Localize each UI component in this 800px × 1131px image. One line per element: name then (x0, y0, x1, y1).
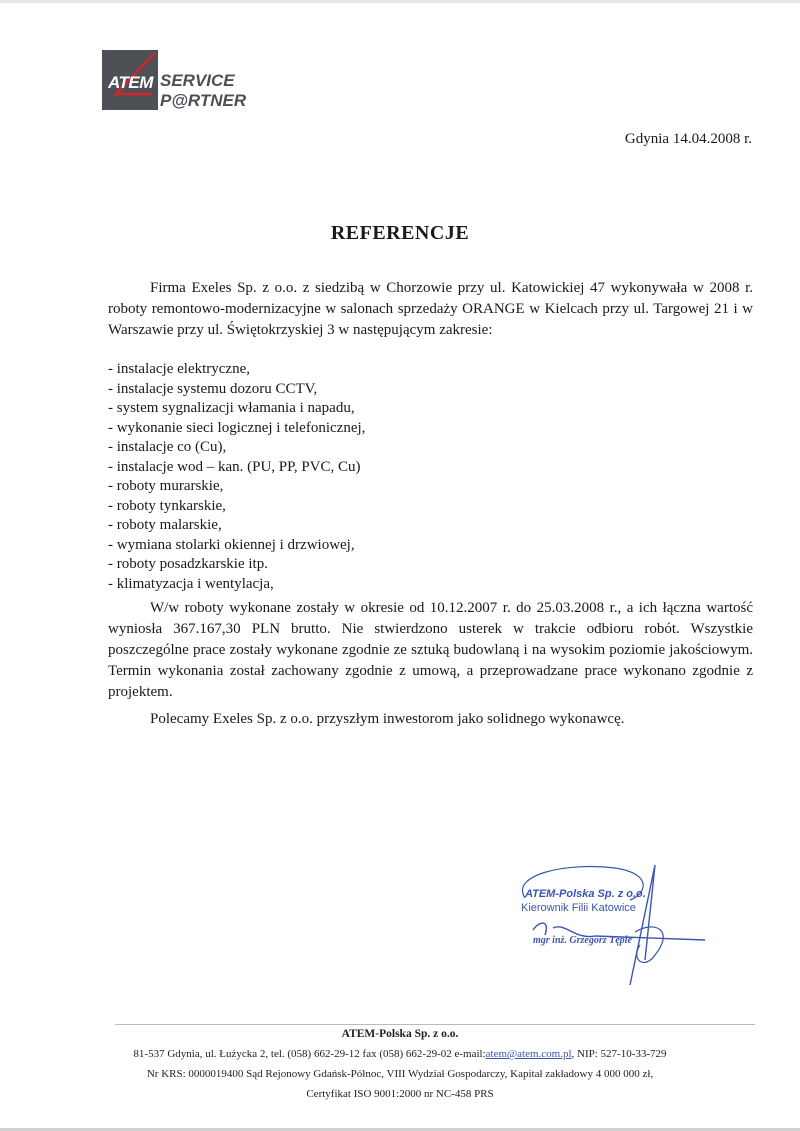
recommendation-paragraph: Polecamy Exeles Sp. z o.o. przyszłym inw… (108, 709, 753, 730)
stamp-company: ATEM-Polska Sp. z o.o. (525, 888, 646, 900)
list-item: - wykonanie sieci logicznej i telefonicz… (108, 419, 365, 439)
footer-email-link[interactable]: atem@atem.com.pl (486, 1048, 572, 1060)
list-item: - instalacje systemu dozoru CCTV, (108, 380, 365, 400)
list-item: - klimatyzacja i wentylacja, (108, 575, 365, 595)
footer-address: 81-537 Gdynia, ul. Łużycka 2, tel. (058)… (0, 1048, 800, 1060)
atem-logo: ATEM SERVICE P@RTNER (102, 50, 272, 115)
scan-edge-top (0, 0, 800, 3)
signature-icon (505, 860, 725, 1000)
footer-address-text: 81-537 Gdynia, ul. Łużycka 2, tel. (058)… (133, 1048, 485, 1060)
intro-paragraph: Firma Exeles Sp. z o.o. z siedzibą w Cho… (108, 278, 753, 341)
footer-cert: Certyfikat ISO 9001:2000 nr NC-458 PRS (0, 1088, 800, 1100)
logo-service: SERVICE (160, 71, 235, 91)
footer-nip: , NIP: 527-10-33-729 (572, 1048, 667, 1060)
scope-list: - instalacje elektryczne, - instalacje s… (108, 360, 365, 594)
list-item: - instalacje elektryczne, (108, 360, 365, 380)
document-date: Gdynia 14.04.2008 r. (625, 131, 752, 148)
list-item: - roboty malarskie, (108, 516, 365, 536)
footer-company: ATEM-Polska Sp. z o.o. (0, 1028, 800, 1040)
list-item: - roboty murarskie, (108, 477, 365, 497)
document-title: REFERENCJE (0, 222, 800, 245)
list-item: - system sygnalizacji włamania i napadu, (108, 399, 365, 419)
footer-divider (115, 1024, 755, 1025)
list-item: - instalacje wod – kan. (PU, PP, PVC, Cu… (108, 458, 365, 478)
summary-paragraph: W/w roboty wykonane zostały w okresie od… (108, 598, 753, 703)
list-item: - roboty tynkarskie, (108, 497, 365, 517)
signature-stamp: ATEM-Polska Sp. z o.o. Kierownik Filii K… (505, 860, 725, 1000)
logo-partner: P@RTNER (160, 91, 246, 111)
list-item: - roboty posadzkarskie itp. (108, 555, 365, 575)
stamp-position: Kierownik Filii Katowice (521, 902, 636, 914)
logo-atem: ATEM (108, 73, 153, 93)
footer-krs: Nr KRS: 0000019400 Sąd Rejonowy Gdańsk-P… (0, 1068, 800, 1080)
list-item: - instalacje co (Cu), (108, 438, 365, 458)
stamp-name: mgr inż. Grzegorz Tęple (533, 935, 632, 946)
list-item: - wymiana stolarki okiennej i drzwiowej, (108, 536, 365, 556)
